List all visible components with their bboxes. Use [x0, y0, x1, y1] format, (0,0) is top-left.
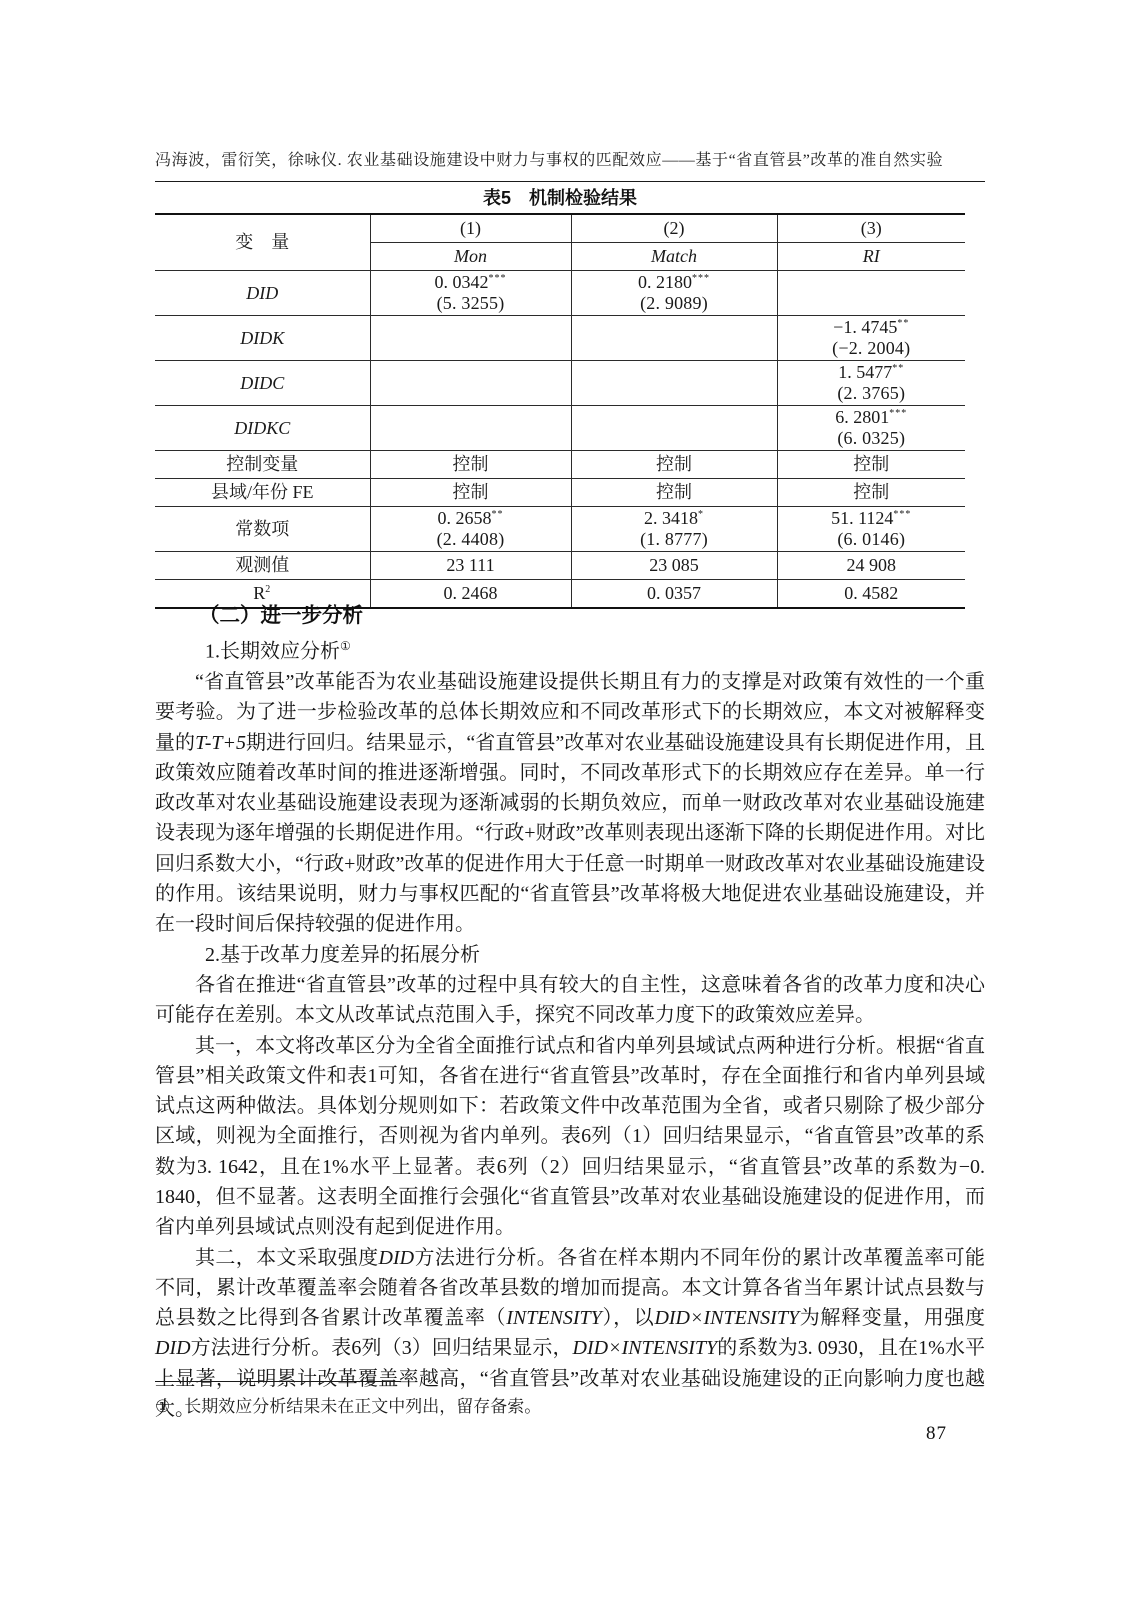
- t-statistic: (2. 4408): [437, 529, 505, 549]
- table-row-didk: DIDK −1. 4745**(−2. 2004): [155, 316, 965, 361]
- coefficient-cell: 0. 2180***(2. 9089): [571, 271, 777, 316]
- table-header-row: 变 量 (1) (2) (3): [155, 214, 965, 243]
- model-2-header: Match: [571, 243, 777, 271]
- t-statistic: (5. 3255): [437, 293, 505, 313]
- coefficient-cell: 2. 3418*(1. 8777): [571, 507, 777, 552]
- paragraph-pilot-scope-analysis: 其一，本文将改革区分为全省全面推行试点和省内单列县域试点两种进行分析。根据“省直…: [155, 1031, 985, 1243]
- footnote-reference: ①: [340, 639, 351, 653]
- value-cell: 控制: [571, 451, 777, 479]
- value-cell: 控制: [571, 479, 777, 507]
- footnote-marker: ①: [155, 1397, 170, 1416]
- t-statistic: (2. 9089): [640, 293, 708, 313]
- empty-cell: [571, 316, 777, 361]
- value-cell: 控制: [370, 451, 571, 479]
- paragraph-reform-intensity-intro: 各省在推进“省直管县”改革的过程中具有较大的自主性，这意味着各省的改革力度和决心…: [155, 970, 985, 1031]
- table-row-fixed-effects: 县域/年份 FE 控制 控制 控制: [155, 479, 965, 507]
- t-statistic: (2. 3765): [837, 383, 905, 403]
- variable-label: DIDKC: [155, 406, 370, 451]
- empty-cell: [370, 316, 571, 361]
- running-head: 冯海波，雷衍笑，徐咏仪. 农业基础设施建设中财力与事权的匹配效应——基于“省直管…: [155, 147, 985, 182]
- column-2-header: (2): [571, 214, 777, 243]
- variable-label: 常数项: [155, 507, 370, 552]
- t-statistic: (6. 0146): [837, 529, 905, 549]
- t-statistic: (6. 0325): [837, 428, 905, 448]
- table-row-observations: 观测值 23 111 23 085 24 908: [155, 552, 965, 580]
- value-cell: 控制: [777, 479, 965, 507]
- value-cell: 控制: [370, 479, 571, 507]
- empty-cell: [571, 406, 777, 451]
- variable-label: DIDC: [155, 361, 370, 406]
- table-row-controls: 控制变量 控制 控制 控制: [155, 451, 965, 479]
- coefficient-cell: 0. 2658**(2. 4408): [370, 507, 571, 552]
- column-3-header: (3): [777, 214, 965, 243]
- page-number: 87: [926, 1423, 947, 1445]
- coefficient-cell: 51. 1124***(6. 0146): [777, 507, 965, 552]
- paragraph-long-term-effect: “省直管县”改革能否为农业基础设施建设提供长期且有力的支撑是对政策有效性的一个重…: [155, 667, 985, 940]
- model-3-header: RI: [777, 243, 965, 271]
- footnote-divider: [155, 1381, 401, 1382]
- variable-label: 观测值: [155, 552, 370, 580]
- journal-page: 冯海波，雷衍笑，徐咏仪. 农业基础设施建设中财力与事权的匹配效应——基于“省直管…: [0, 0, 1140, 1600]
- coefficient-cell: −1. 4745**(−2. 2004): [777, 316, 965, 361]
- t-statistic: (1. 8777): [640, 529, 708, 549]
- footnote-text: 长期效应分析结果未在正文中列出，留存备索。: [184, 1397, 541, 1416]
- t-statistic: (−2. 2004): [832, 338, 910, 358]
- table-row-did: DID 0. 0342***(5. 3255) 0. 2180***(2. 90…: [155, 271, 965, 316]
- table-row-didc: DIDC 1. 5477**(2. 3765): [155, 361, 965, 406]
- coefficient-cell: 0. 0342***(5. 3255): [370, 271, 571, 316]
- empty-cell: [571, 361, 777, 406]
- value-cell: 23 085: [571, 552, 777, 580]
- table-row-didkc: DIDKC 6. 2801***(6. 0325): [155, 406, 965, 451]
- variable-header-cell: 变 量: [155, 214, 370, 271]
- value-cell: 控制: [777, 451, 965, 479]
- variable-label: 县域/年份 FE: [155, 479, 370, 507]
- footnote: ①长期效应分析结果未在正文中列出，留存备索。: [155, 1392, 985, 1417]
- empty-cell: [370, 361, 571, 406]
- coefficient-cell: 6. 2801***(6. 0325): [777, 406, 965, 451]
- value-cell: 24 908: [777, 552, 965, 580]
- column-1-header: (1): [370, 214, 571, 243]
- body-text: （二）进一步分析 1.长期效应分析① “省直管县”改革能否为农业基础设施建设提供…: [155, 600, 985, 1424]
- variable-label: DID: [155, 271, 370, 316]
- subsection-1-heading: 1.长期效应分析①: [205, 631, 985, 667]
- empty-cell: [370, 406, 571, 451]
- empty-cell: [777, 271, 965, 316]
- table-title: 表5 机制检验结果: [155, 184, 965, 210]
- results-table: 变 量 (1) (2) (3) Mon Match RI DID 0. 0342…: [155, 213, 965, 609]
- value-cell: 23 111: [370, 552, 571, 580]
- variable-label: 控制变量: [155, 451, 370, 479]
- model-1-header: Mon: [370, 243, 571, 271]
- subsection-2-heading: 2.基于改革力度差异的拓展分析: [205, 940, 985, 970]
- coefficient-cell: 1. 5477**(2. 3765): [777, 361, 965, 406]
- section-heading: （二）进一步分析: [199, 600, 985, 631]
- variable-label: DIDK: [155, 316, 370, 361]
- table-row-constant: 常数项 0. 2658**(2. 4408) 2. 3418*(1. 8777)…: [155, 507, 965, 552]
